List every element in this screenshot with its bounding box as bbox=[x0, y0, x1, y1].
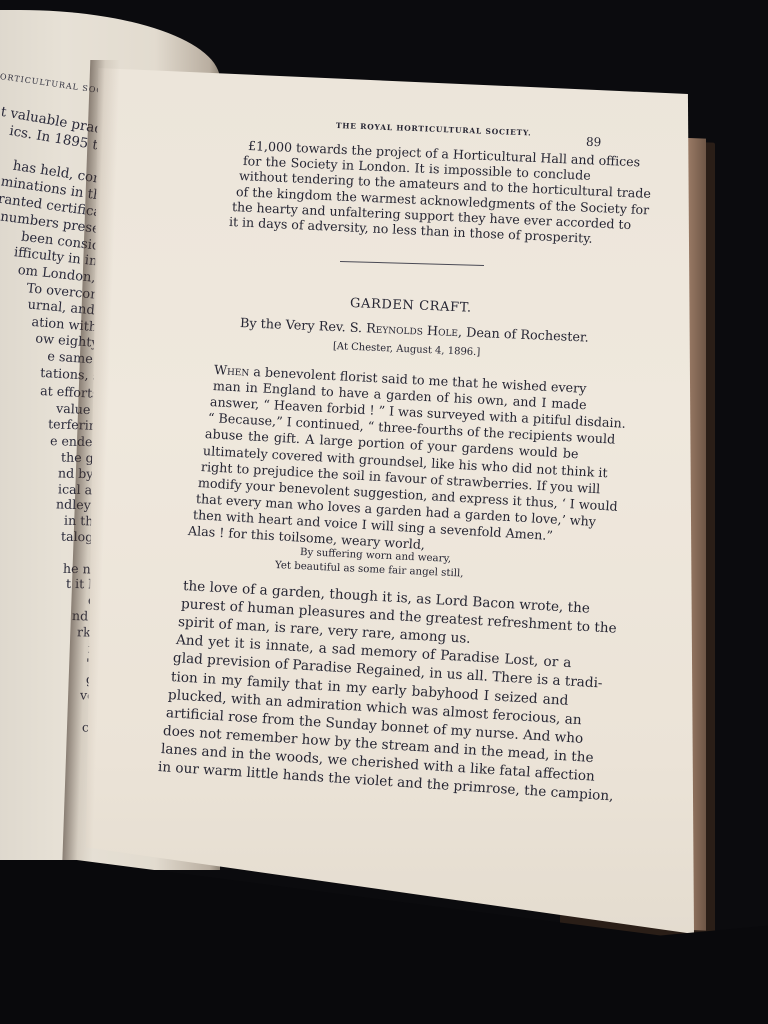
article-byline: By the Very Rev. S. Reynolds Hole, Dean … bbox=[240, 316, 589, 346]
byline-author-name: Reynolds Hole bbox=[366, 321, 458, 340]
book-photo: ORTICULTURAL SOCIETY. ught valuable prac… bbox=[0, 0, 768, 1024]
section-divider-rule bbox=[340, 261, 484, 266]
article-title: GARDEN CRAFT. bbox=[350, 296, 472, 316]
page-number: 89 bbox=[586, 135, 602, 150]
article-dateline: [At Chester, August 4, 1896.] bbox=[333, 341, 481, 358]
drop-first-word: When bbox=[214, 362, 250, 379]
byline-prefix: By the Very Rev. S. bbox=[240, 316, 367, 336]
right-running-header: THE ROYAL HORTICULTURAL SOCIETY. bbox=[336, 121, 532, 138]
byline-suffix: , Dean of Rochester. bbox=[458, 325, 589, 345]
